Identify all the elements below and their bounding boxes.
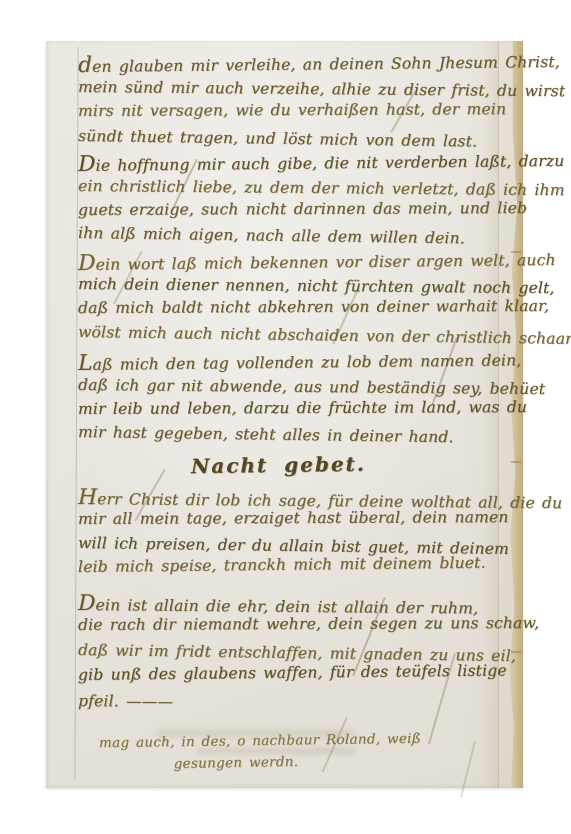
manuscript-line: sündt thuet tragen, und löst mich von de… — [78, 129, 477, 150]
manuscript-line: mir all mein tage, erzaiget hast überal,… — [78, 510, 509, 527]
manuscript-line: den glauben mir verleihe, an deinen Sohn… — [78, 50, 560, 77]
manuscript-line: daß ich gar nit abwende, aus und beständ… — [78, 378, 545, 398]
manuscript-line: mir leib und leben, darzu die früchte im… — [78, 400, 527, 417]
manuscript-line: guets erzaige, such nicht darinnen das m… — [78, 201, 527, 218]
melody-note-line-2: gesungen werdn. — [174, 756, 299, 772]
manuscript-line: pfeil. ——— — [78, 694, 173, 710]
manuscript-line: mir hast gegeben, steht alles in deiner … — [78, 425, 454, 446]
manuscript-line: Die hoffnung mir auch gibe, die nit verd… — [78, 149, 565, 176]
manuscript-page: den glauben mir verleihe, an deinen Sohn… — [46, 41, 523, 788]
show-through-smudge — [196, 747, 356, 755]
manuscript-line: wölst mich auch nicht abschaiden von der… — [78, 325, 571, 347]
manuscript-line: mich dein diener nennen, nicht fürchten … — [78, 277, 555, 297]
manuscript-line: Laß mich den tag vollenden zu lob dem na… — [78, 348, 522, 374]
section-heading: Nacht gebet. — [191, 454, 366, 476]
manuscript-line: Dein wort laß mich bekennen vor diser ar… — [78, 248, 556, 275]
show-through-smudge — [156, 729, 356, 738]
manuscript-line: leib mich speise, tranckh mich mit deine… — [78, 556, 486, 576]
manuscript-line: ein christlich liebe, zu dem der mich ve… — [78, 179, 565, 199]
manuscript-line: ihn alß mich aigen, nach alle dem willen… — [78, 226, 465, 247]
manuscript-line: gib unß des glaubens waffen, für des teü… — [78, 664, 507, 684]
manuscript-line: daß mich baldt nicht abkehren von deiner… — [78, 299, 549, 317]
text-block: den glauben mir verleihe, an deinen Sohn… — [46, 41, 523, 788]
manuscript-line: mein sünd mir auch verzeihe, alhie zu di… — [78, 80, 565, 100]
manuscript-line: die rach dir niemandt wehre, dein segen … — [78, 616, 539, 634]
scan-background: den glauben mir verleihe, an deinen Sohn… — [0, 0, 571, 834]
manuscript-line: mirs nit versagen, wie du verhaißen hast… — [78, 102, 506, 119]
